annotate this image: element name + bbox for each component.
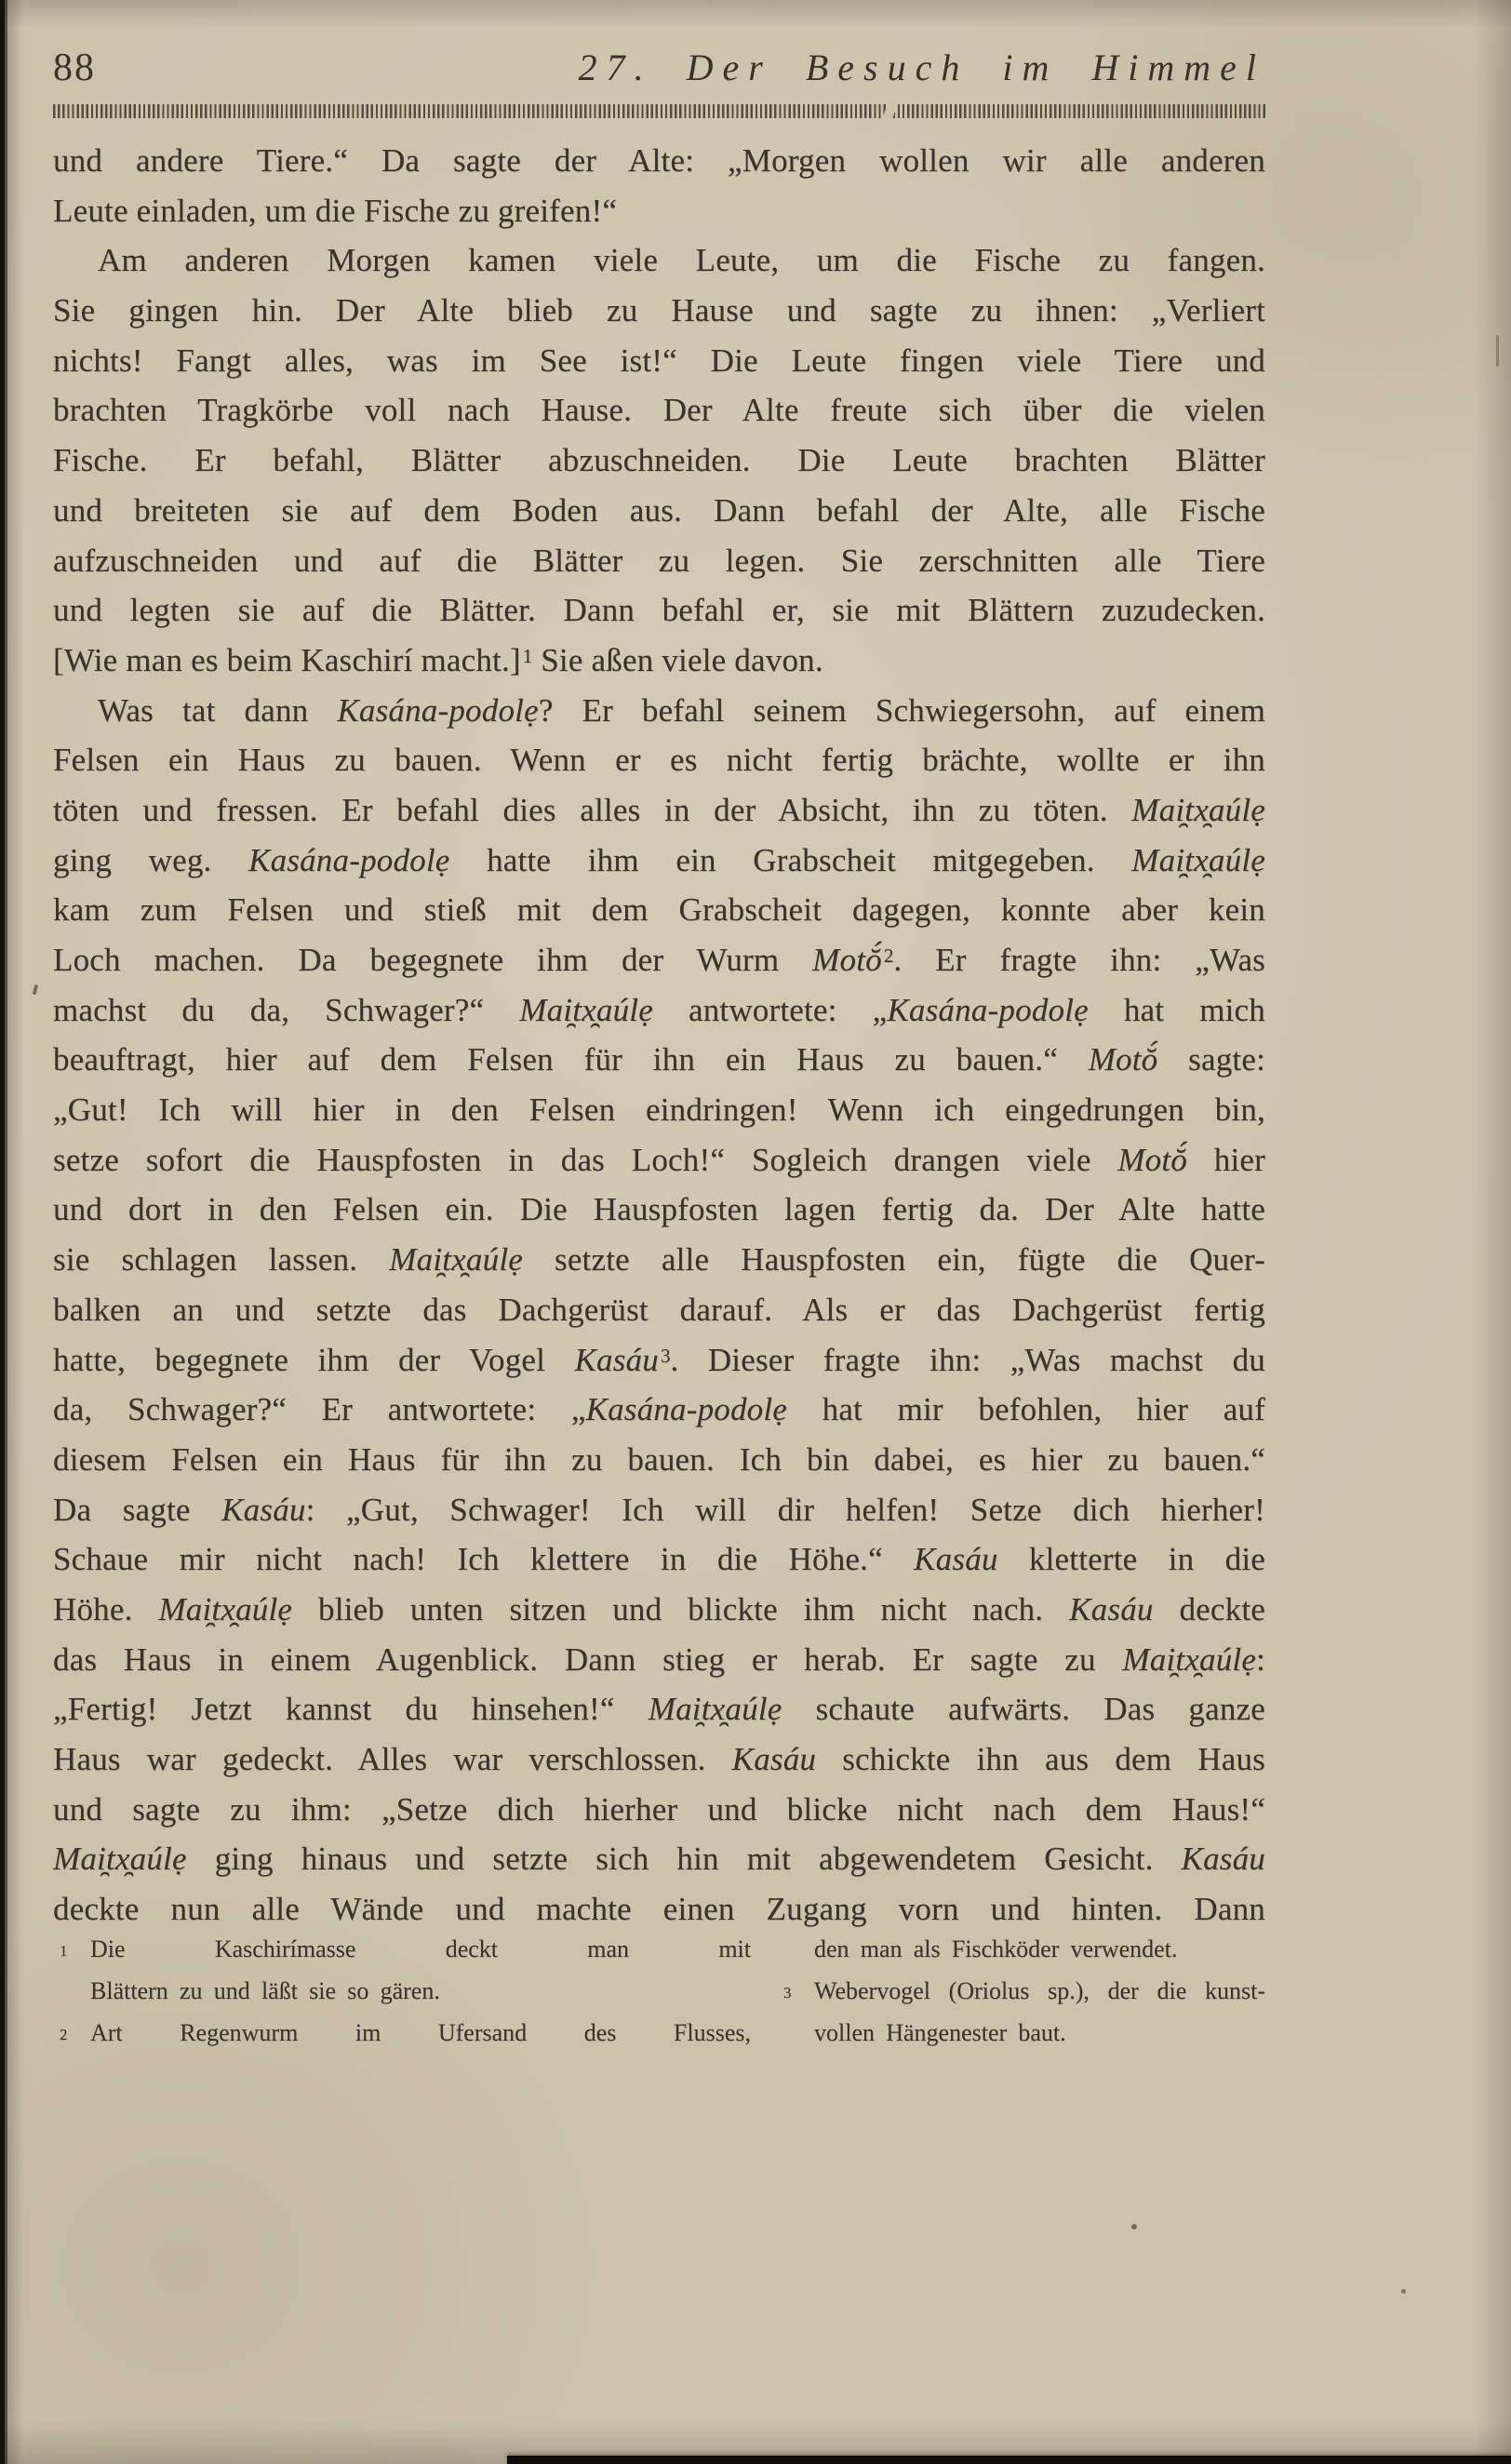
text-segment: Motŏ́ bbox=[1117, 1142, 1187, 1178]
footnote-line: 2Art Regenwurm im Ufersand des Flusses, bbox=[53, 2012, 751, 2054]
footnote-line: den man als Fischköder verwendet. bbox=[777, 1928, 1265, 1970]
text-segment: Kasáu bbox=[1182, 1841, 1265, 1877]
text-segment: setzte alle Hauspfosten ein, fügte die Q… bbox=[523, 1241, 1265, 1278]
page-number: 88 bbox=[53, 47, 96, 89]
scan-speck bbox=[33, 984, 39, 996]
text-line: und legten sie auf die Blätter. Dann bef… bbox=[53, 585, 1265, 636]
text-segment: machst du da, Schwager?“ bbox=[53, 992, 519, 1028]
footnote-ref: 2 bbox=[884, 944, 894, 967]
text-line: Was tat dann Kasána-podolẹ? Er befahl se… bbox=[53, 686, 1265, 736]
text-segment: setze sofort die Hauspfosten in das Loch… bbox=[53, 1142, 1117, 1178]
text-line: „Fertig! Jetzt kannst du hinsehen!“ Mai̯… bbox=[53, 1684, 1265, 1734]
footnote-marker: 3 bbox=[783, 1972, 792, 2014]
footnote-column-left: 1Die Kaschirímasse deckt man mitBlättern… bbox=[53, 1928, 751, 2054]
text-segment: und breiteten sie auf dem Boden aus. Dan… bbox=[53, 492, 1265, 529]
text-segment: deckte nun alle Wände und machte einen Z… bbox=[53, 1891, 1265, 1927]
text-segment: hier bbox=[1187, 1142, 1265, 1178]
text-line: Sie gingen hin. Der Alte blieb zu Hause … bbox=[53, 286, 1265, 336]
text-segment: Mai̯tx̯aúlẹ bbox=[519, 992, 653, 1028]
text-segment: Mai̯tx̯aúlẹ bbox=[1131, 842, 1265, 878]
text-segment: Motŏ́ bbox=[1089, 1041, 1158, 1078]
text-segment: beauftragt, hier auf dem Felsen für ihn … bbox=[53, 1041, 1089, 1078]
text-segment: ging weg. bbox=[53, 842, 248, 878]
footnote-ref: 1 bbox=[523, 645, 533, 667]
footnote-text: den man als Fischköder verwendet. bbox=[814, 1935, 1177, 1962]
text-line: Fische. Er befahl, Blätter abzuschneiden… bbox=[53, 435, 1265, 486]
text-segment: Sie aßen viele davon. bbox=[532, 642, 823, 678]
scan-edge-left bbox=[0, 0, 7, 2464]
text-segment: Mai̯tx̯aúlẹ bbox=[158, 1591, 292, 1627]
text-segment: Kasáu bbox=[574, 1342, 658, 1378]
text-segment: da, Schwager?“ Er antwortete: „ bbox=[53, 1391, 586, 1427]
text-line: hatte, begegnete ihm der Vogel Kasáu3. D… bbox=[53, 1335, 1265, 1386]
text-segment: Höhe. bbox=[53, 1591, 158, 1627]
scan-speck bbox=[1401, 2289, 1406, 2294]
text-segment: Kasáu bbox=[1069, 1591, 1153, 1627]
text-line: und andere Tiere.“ Da sagte der Alte: „M… bbox=[53, 136, 1265, 186]
footnote-text: Die Kaschirímasse deckt man mit bbox=[90, 1935, 751, 1962]
text-segment: Kasána-podolẹ bbox=[887, 992, 1088, 1028]
text-segment: kletterte in die bbox=[998, 1541, 1265, 1577]
text-segment: : „Gut, Schwager! Ich will dir helfen! S… bbox=[306, 1492, 1265, 1528]
text-segment: Kasána-podolẹ bbox=[586, 1391, 787, 1427]
text-segment: Mai̯tx̯aúlẹ bbox=[1131, 792, 1265, 828]
footnote-text: Blättern zu und läßt sie so gären. bbox=[90, 1977, 440, 2004]
text-segment: blieb unten sitzen und blickte ihm nicht… bbox=[292, 1591, 1069, 1627]
footnote-column-right: den man als Fischköder verwendet.3Weberv… bbox=[777, 1928, 1265, 2054]
text-line: da, Schwager?“ Er antwortete: „Kasána-po… bbox=[53, 1385, 1265, 1435]
text-line: Mai̯tx̯aúlẹ ging hinaus und setzte sich … bbox=[53, 1834, 1265, 1884]
text-segment: Felsen ein Haus zu bauen. Wenn er es nic… bbox=[53, 742, 1265, 778]
text-line: beauftragt, hier auf dem Felsen für ihn … bbox=[53, 1035, 1265, 1085]
text-line: Felsen ein Haus zu bauen. Wenn er es nic… bbox=[53, 735, 1265, 785]
text-line: Haus war gedeckt. Alles war verschlossen… bbox=[53, 1734, 1265, 1785]
text-segment: Sie gingen hin. Der Alte blieb zu Hause … bbox=[53, 292, 1265, 328]
text-line: nichts! Fangt alles, was im See ist!“ Di… bbox=[53, 336, 1265, 386]
text-line: Am anderen Morgen kamen viele Leute, um … bbox=[53, 235, 1265, 286]
text-segment: Kasáu bbox=[732, 1741, 816, 1777]
text-segment: hatte, begegnete ihm der Vogel bbox=[53, 1342, 574, 1378]
text-segment: Mai̯tx̯aúlẹ bbox=[649, 1691, 782, 1727]
text-segment: sie schlagen lassen. bbox=[53, 1241, 389, 1278]
text-segment: töten und fressen. Er befahl dies alles … bbox=[53, 792, 1131, 828]
text-segment: antwortete: „ bbox=[653, 992, 887, 1028]
footnote-line: 1Die Kaschirímasse deckt man mit bbox=[53, 1928, 751, 1970]
text-line: balken an und setzte das Dachgerüst dara… bbox=[53, 1285, 1265, 1335]
text-line: töten und fressen. Er befahl dies alles … bbox=[53, 785, 1265, 836]
text-segment: diesem Felsen ein Haus für ihn zu bauen.… bbox=[53, 1441, 1265, 1478]
text-line: das Haus in einem Augenblick. Dann stieg… bbox=[53, 1635, 1265, 1685]
text-line: und breiteten sie auf dem Boden aus. Dan… bbox=[53, 486, 1265, 536]
text-line: Schaue mir nicht nach! Ich klettere in d… bbox=[53, 1534, 1265, 1585]
text-segment: hat mir befohlen, hier auf bbox=[787, 1391, 1265, 1427]
text-segment: und sagte zu ihm: „Setze dich hierher un… bbox=[53, 1791, 1265, 1828]
text-segment: Mai̯tx̯aúlẹ bbox=[53, 1841, 187, 1877]
text-segment: Da sagte bbox=[53, 1492, 221, 1528]
text-segment: balken an und setzte das Dachgerüst dara… bbox=[53, 1292, 1265, 1328]
text-segment: [Wie man es beim Kaschirí macht.] bbox=[53, 642, 521, 678]
text-segment: Was tat dann bbox=[98, 692, 337, 729]
decorative-hatched-rule bbox=[53, 104, 1265, 118]
text-segment: Fische. Er befahl, Blätter abzuschneiden… bbox=[53, 442, 1265, 478]
text-segment: Kasáu bbox=[221, 1492, 305, 1528]
text-line: deckte nun alle Wände und machte einen Z… bbox=[53, 1884, 1265, 1935]
footnote-line: Blättern zu und läßt sie so gären. bbox=[53, 1970, 751, 2012]
text-line: aufzuschneiden und auf die Blätter zu le… bbox=[53, 536, 1265, 586]
text-segment: deckte bbox=[1154, 1591, 1265, 1627]
text-line: kam zum Felsen und stieß mit dem Grabsch… bbox=[53, 885, 1265, 935]
scan-speck bbox=[1496, 335, 1499, 367]
text-segment: Schaue mir nicht nach! Ich klettere in d… bbox=[53, 1541, 914, 1577]
text-segment: Mai̯tx̯aúlẹ bbox=[389, 1241, 523, 1278]
footnote-text: Webervogel (Oriolus sp.), der die kunst- bbox=[814, 1977, 1265, 2004]
text-line: und sagte zu ihm: „Setze dich hierher un… bbox=[53, 1785, 1265, 1835]
text-segment: „Gut! Ich will hier in den Felsen eindri… bbox=[53, 1091, 1265, 1128]
text-segment: und dort in den Felsen ein. Die Hauspfos… bbox=[53, 1191, 1265, 1227]
body-text: und andere Tiere.“ Da sagte der Alte: „M… bbox=[53, 136, 1265, 1935]
text-segment: ging hinaus und setzte sich hin mit abge… bbox=[187, 1841, 1182, 1877]
text-line: Loch machen. Da begegnete ihm der Wurm M… bbox=[53, 935, 1265, 985]
scanned-book-page: { "page": { "number": "88", "header_titl… bbox=[0, 0, 1511, 2464]
text-segment: Kasána-podolẹ bbox=[248, 842, 449, 878]
scan-speck bbox=[1131, 2224, 1137, 2230]
text-segment: nichts! Fangt alles, was im See ist!“ Di… bbox=[53, 342, 1265, 379]
text-line: brachten Tragkörbe voll nach Hause. Der … bbox=[53, 385, 1265, 435]
text-segment: . Er fragte ihn: „Was bbox=[893, 942, 1265, 978]
footnote-text: Art Regenwurm im Ufersand des Flusses, bbox=[90, 2019, 751, 2046]
text-segment: Mai̯tx̯aúlẹ bbox=[1122, 1641, 1256, 1678]
footnote-marker: 2 bbox=[60, 2014, 68, 2056]
text-line: ging weg. Kasána-podolẹ hatte ihm ein Gr… bbox=[53, 836, 1265, 886]
footnotes: 1Die Kaschirímasse deckt man mitBlättern… bbox=[53, 1928, 1265, 2054]
text-segment: Am anderen Morgen kamen viele Leute, um … bbox=[98, 242, 1265, 278]
text-segment: ? Er befahl seinem Schwiegersohn, auf ei… bbox=[539, 692, 1265, 729]
text-segment: Leute einladen, um die Fische zu greifen… bbox=[53, 193, 617, 229]
text-segment: . Dieser fragte ihn: „Was machst du bbox=[670, 1342, 1265, 1378]
footnote-line: vollen Hängenester baut. bbox=[777, 2012, 1265, 2054]
text-segment: kam zum Felsen und stieß mit dem Grabsch… bbox=[53, 891, 1265, 928]
text-segment: und andere Tiere.“ Da sagte der Alte: „M… bbox=[53, 142, 1265, 179]
text-segment: schaute aufwärts. Das ganze bbox=[782, 1691, 1265, 1727]
text-line: setze sofort die Hauspfosten in das Loch… bbox=[53, 1135, 1265, 1185]
text-line: Leute einladen, um die Fische zu greifen… bbox=[53, 186, 1265, 236]
running-header: 88 27. Der Besuch im Himmel bbox=[53, 47, 1265, 89]
text-line: [Wie man es beim Kaschirí macht.]1 Sie a… bbox=[53, 636, 1265, 686]
text-line: „Gut! Ich will hier in den Felsen eindri… bbox=[53, 1085, 1265, 1135]
text-segment: das Haus in einem Augenblick. Dann stieg… bbox=[53, 1641, 1122, 1678]
footnote-marker: 1 bbox=[60, 1930, 68, 1972]
text-line: Höhe. Mai̯tx̯aúlẹ blieb unten sitzen und… bbox=[53, 1585, 1265, 1635]
text-segment: hatte ihm ein Grabscheit mitgegeben. bbox=[450, 842, 1132, 878]
text-segment: hat mich bbox=[1089, 992, 1265, 1028]
text-segment: Kasána-podolẹ bbox=[337, 692, 538, 729]
text-segment: Haus war gedeckt. Alles war verschlossen… bbox=[53, 1741, 732, 1777]
footnote-ref: 3 bbox=[661, 1345, 671, 1367]
text-line: machst du da, Schwager?“ Mai̯tx̯aúlẹ ant… bbox=[53, 985, 1265, 1036]
text-line: und dort in den Felsen ein. Die Hauspfos… bbox=[53, 1185, 1265, 1235]
text-segment: Kasáu bbox=[914, 1541, 997, 1577]
text-segment: sagte: bbox=[1157, 1041, 1265, 1078]
text-segment: : bbox=[1256, 1641, 1265, 1678]
text-segment: Loch machen. Da begegnete ihm der Wurm bbox=[53, 942, 812, 978]
text-segment: aufzuschneiden und auf die Blätter zu le… bbox=[53, 542, 1265, 579]
footnote-line: 3Webervogel (Oriolus sp.), der die kunst… bbox=[777, 1970, 1265, 2012]
text-segment: und legten sie auf die Blätter. Dann bef… bbox=[53, 592, 1265, 628]
chapter-title: 27. Der Besuch im Himmel bbox=[579, 47, 1265, 89]
scan-edge-bottom bbox=[507, 2456, 1511, 2464]
text-line: diesem Felsen ein Haus für ihn zu bauen.… bbox=[53, 1435, 1265, 1485]
text-segment: „Fertig! Jetzt kannst du hinsehen!“ bbox=[53, 1691, 649, 1727]
footnote-text: vollen Hängenester baut. bbox=[814, 2019, 1066, 2046]
text-segment: schickte ihn aus dem Haus bbox=[816, 1741, 1265, 1777]
text-segment: brachten Tragkörbe voll nach Hause. Der … bbox=[53, 392, 1265, 428]
text-line: sie schlagen lassen. Mai̯tx̯aúlẹ setzte … bbox=[53, 1235, 1265, 1285]
text-segment: Motŏ́ bbox=[812, 942, 882, 978]
text-line: Da sagte Kasáu: „Gut, Schwager! Ich will… bbox=[53, 1485, 1265, 1535]
